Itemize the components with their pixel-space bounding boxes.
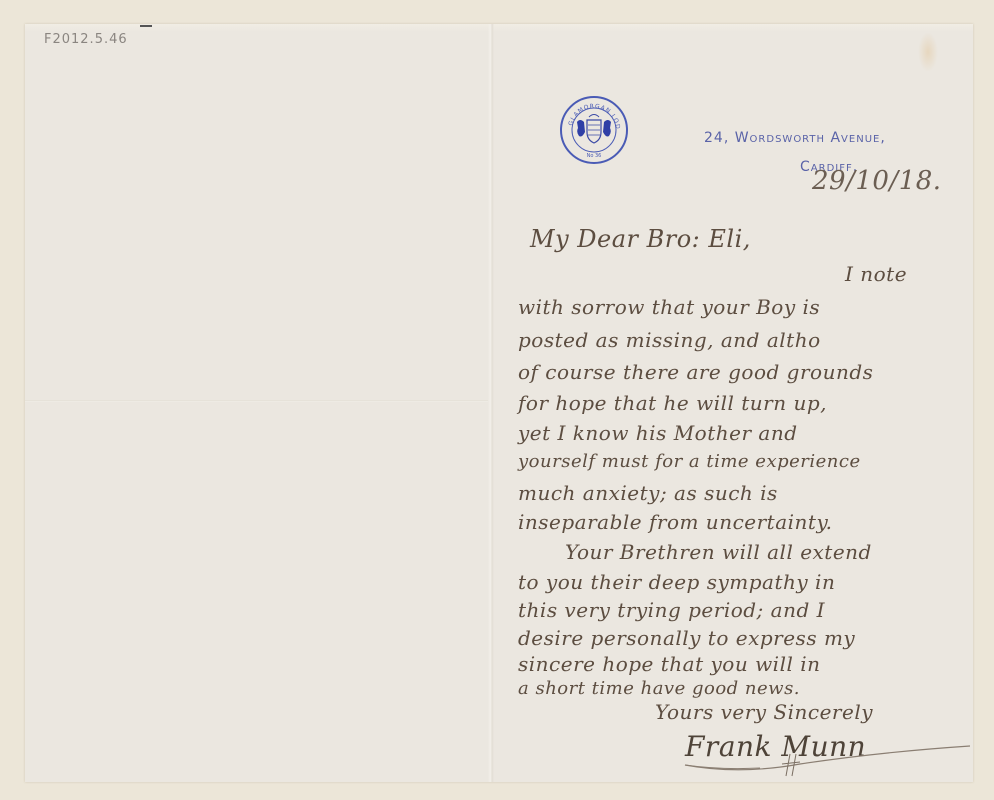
horizontal-fold xyxy=(25,400,488,402)
letter-line: sincere hope that you will in xyxy=(518,652,821,676)
masonic-lodge-seal-icon: GLAMORGAN LODGE No 36 xyxy=(560,96,628,164)
letter-line: yet I know his Mother and xyxy=(518,421,798,445)
accession-number: F2012.5.46 xyxy=(44,32,128,47)
letter-line: for hope that he will turn up, xyxy=(518,391,827,415)
letter-line: yourself must for a time experience xyxy=(518,451,861,472)
center-fold xyxy=(488,24,494,782)
letter-line: a short time have good news. xyxy=(518,678,800,699)
letter-line: inseparable from uncertainty. xyxy=(518,510,832,534)
closing: Yours very Sincerely xyxy=(655,700,873,724)
letter-line: Your Brethren will all extend xyxy=(565,540,872,564)
letter-line: desire personally to express my xyxy=(518,626,855,650)
signature-flourish-icon xyxy=(680,740,980,780)
svg-text:No 36: No 36 xyxy=(587,153,602,159)
salutation: My Dear Bro: Eli, xyxy=(530,225,751,253)
pencil-mark xyxy=(140,25,152,27)
letter-line: to you their deep sympathy in xyxy=(518,570,835,594)
letter-line: with sorrow that your Boy is xyxy=(518,295,820,319)
letter-line: this very trying period; and I xyxy=(518,598,825,622)
letterhead-street: 24, Wordsworth Avenue, xyxy=(704,130,886,146)
letter-line: of course there are good grounds xyxy=(518,360,873,384)
letter-line: posted as missing, and altho xyxy=(518,328,821,352)
letter-line: I note xyxy=(845,262,907,286)
letter-line: much anxiety; as such is xyxy=(518,481,778,505)
letter-date: 29/10/18. xyxy=(812,166,942,196)
paper-stain xyxy=(918,32,938,72)
